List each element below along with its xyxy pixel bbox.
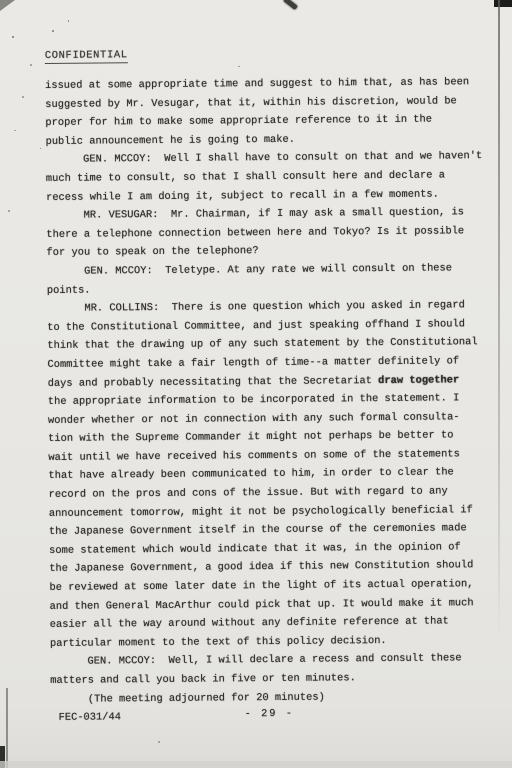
scan-speckle <box>8 210 10 212</box>
scan-speckle <box>52 30 54 32</box>
page-fold-line-right <box>498 0 500 640</box>
page-number: - 29 - <box>245 708 295 720</box>
page-fold-line-bottom-left <box>6 688 8 768</box>
scan-edge-mark-top-right <box>494 0 512 7</box>
scan-speckle <box>40 148 41 149</box>
scan-speckle <box>158 741 160 743</box>
scan-speckle <box>68 20 69 22</box>
scan-speckle <box>238 66 240 67</box>
text-line: (The meeting adjourned for 20 minutes) <box>50 686 510 709</box>
scan-speckle <box>22 96 24 98</box>
document-lines: issued at some appropriate time and sugg… <box>45 73 510 709</box>
page-content: CONFIDENTIAL issued at some appropriate … <box>0 0 512 768</box>
scanned-document-page: CONFIDENTIAL issued at some appropriate … <box>0 0 512 768</box>
scan-speckle <box>12 36 14 38</box>
scan-edge-shadow-bottom <box>0 761 512 768</box>
scan-speckle <box>30 64 32 66</box>
classification-heading: CONFIDENTIAL <box>45 49 128 64</box>
scan-speckle <box>14 130 16 131</box>
document-reference: FEC-031/44 <box>59 711 121 724</box>
